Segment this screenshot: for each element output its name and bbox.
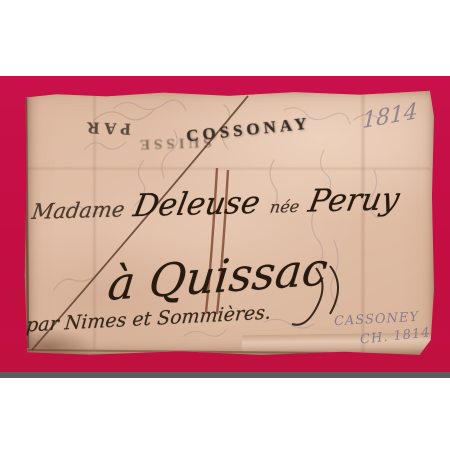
paper-crease (26, 166, 430, 171)
address-surname: Deleuse (131, 185, 263, 224)
top-white-band (0, 0, 450, 76)
suisse-postmark-inverted: SUISSE (136, 133, 212, 153)
address-maiden-name: Peruy (306, 181, 403, 220)
product-photo: COSSONAY PAR SUISSE Madame Deleuse née P… (0, 0, 450, 450)
letter-sheet: COSSONAY PAR SUISSE Madame Deleuse née P… (24, 90, 434, 356)
address-salutation: Madame (30, 197, 126, 224)
pencil-year-annotation: 1814 (362, 99, 418, 134)
par-postmark-inverted: PAR (82, 117, 131, 139)
address-line-recipient: Madame Deleuse née Peruy (32, 181, 400, 227)
address-line-destination: à Quissac (105, 242, 330, 311)
dealer-note-line1: CASSONEY (334, 310, 420, 329)
bottom-white-band (0, 378, 450, 450)
address-nee: née (269, 197, 301, 217)
